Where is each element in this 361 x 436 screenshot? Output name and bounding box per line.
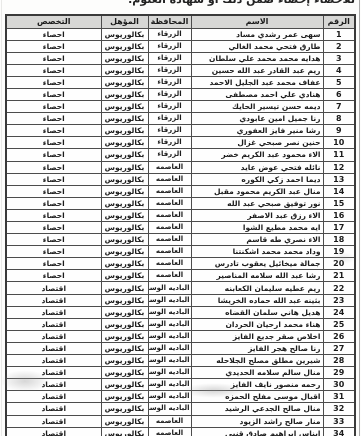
cell-specialty: اقتصاد [6,427,101,436]
cell-specialty: احصاء [6,173,101,185]
col-header-governorate: المحافظة [148,15,191,28]
clipped-heading-text: للاحصاء إحصاء ضمن ذلك أو شهادة العلوم. [128,0,355,6]
cell-governorate: الزرقاء [148,137,191,149]
cell-name: ريم عطيه سليمان الكعابنه [191,282,323,294]
cell-qualification: بكالوريوس [101,64,148,76]
cell-number: 28 [323,355,355,367]
cell-specialty: اقتصاد [6,367,101,379]
cell-name: رشا منير فايز العفوري [191,125,323,137]
cell-name: منال سالم سلامه الحديدي [191,367,323,379]
cell-name: بثينه عبد الله حماده الخريشا [191,294,323,306]
cell-qualification: بكالوريوس [101,330,148,342]
table-row: 26اخلاص صقر جديع الفايزالباديه الوسطىبكا… [6,330,355,342]
table-row: 10حنين نصر صبحي غزالالزرقاءبكالوريوساحصا… [6,137,355,149]
cell-specialty: اقتصاد [6,306,101,318]
cell-governorate: العاصمه [148,234,191,246]
cell-number: 24 [323,306,355,318]
table-row: 32منال صالح الجدعي الرشيدالباديه الوسطىب… [6,403,355,415]
table-row: 21رشا عبد الله سلامه المناصيرالعاصمهبكال… [6,270,355,282]
cell-qualification: بكالوريوس [101,28,148,40]
cell-number: 10 [323,137,355,149]
cell-governorate: الباديه الوسطى [148,318,191,330]
cell-governorate: الباديه الوسطى [148,294,191,306]
cell-specialty: احصاء [6,28,101,40]
cell-governorate: الزرقاء [148,40,191,52]
cell-qualification: بكالوريوس [101,306,148,318]
table-row: 22ريم عطيه سليمان الكعابنهالباديه الوسطى… [6,282,355,294]
cell-name: منال عبد الكريم محمود مقبل [191,185,323,197]
cell-governorate: العاصمه [148,222,191,234]
cell-qualification: بكالوريوس [101,197,148,209]
scan-edge-line [359,0,360,436]
cell-specialty: احصاء [6,222,101,234]
table-row: 1سهى عمر رشدي مسادالزرقاءبكالوريوساحصاء [6,28,355,40]
cell-qualification: بكالوريوس [101,355,148,367]
cell-name: ديمه حسن تيسير الحايك [191,101,323,113]
cell-governorate: الباديه الوسطى [148,306,191,318]
cell-name: هناء محمد ارحيان الحردان [191,318,323,330]
cell-number: 27 [323,342,355,354]
table-row: 25هناء محمد ارحيان الحردانالباديه الوسطى… [6,318,355,330]
cell-number: 7 [323,101,355,113]
cell-name: حنين نصر صبحي غزال [191,137,323,149]
cell-specialty: احصاء [6,209,101,221]
cell-qualification: بكالوريوس [101,52,148,64]
cell-number: 30 [323,379,355,391]
table-row: 7ديمه حسن تيسير الحايكالزرقاءبكالوريوساح… [6,101,355,113]
cell-qualification: بكالوريوس [101,222,148,234]
cell-name: رحمه منصور نايف الفايز [191,379,323,391]
table-row: 6هنادي علي احمد مصطفىالزرقاءبكالوريوساحص… [6,88,355,100]
cell-qualification: بكالوريوس [101,294,148,306]
cell-governorate: الزرقاء [148,101,191,113]
cell-governorate: الزرقاء [148,76,191,88]
table-row: 4ريم عبد القادر عبد الله حسينالزرقاءبكال… [6,64,355,76]
cell-name: ايه محمد مطيع الشوا [191,222,323,234]
cell-number: 25 [323,318,355,330]
cell-qualification: بكالوريوس [101,379,148,391]
col-header-name: الاسم [191,15,323,28]
cell-specialty: اقتصاد [6,379,101,391]
cell-number: 6 [323,88,355,100]
cell-specialty: احصاء [6,88,101,100]
cell-specialty: احصاء [6,125,101,137]
cell-specialty: احصاء [6,101,101,113]
cell-qualification: بكالوريوس [101,40,148,52]
cell-qualification: بكالوريوس [101,209,148,221]
cell-qualification: بكالوريوس [101,137,148,149]
cell-number: 19 [323,246,355,258]
cell-qualification: بكالوريوس [101,258,148,270]
cell-qualification: بكالوريوس [101,88,148,100]
cell-number: 2 [323,40,355,52]
cell-name: اخلاص صقر جديع الفايز [191,330,323,342]
table-row: 18الاء نصري طه قاسمالعاصمهبكالوريوساحصاء [6,234,355,246]
cell-governorate: الزرقاء [148,52,191,64]
cell-name: نائله فتحي عوض عايد [191,161,323,173]
cell-specialty: اقتصاد [6,415,101,427]
cell-number: 26 [323,330,355,342]
cell-number: 11 [323,149,355,161]
cell-qualification: بكالوريوس [101,161,148,173]
cell-specialty: اقتصاد [6,318,101,330]
cell-name: عفاف محمد عبد الجليل الاحمد [191,76,323,88]
cell-governorate: العاصمه [148,258,191,270]
cell-number: 31 [323,391,355,403]
cell-number: 8 [323,113,355,125]
cell-governorate: العاصمه [148,270,191,282]
cell-name: هدايه محمد محمد علي سلطان [191,52,323,64]
cell-specialty: احصاء [6,76,101,88]
cell-specialty: احصاء [6,197,101,209]
cell-name: الاء نصري طه قاسم [191,234,323,246]
table-row: 11الاء محمود عبد الكريم خضرالزرقاءبكالور… [6,149,355,161]
cell-specialty: اقتصاد [6,282,101,294]
cell-name: سهى عمر رشدي مساد [191,28,323,40]
cell-qualification: بكالوريوس [101,403,148,415]
cell-qualification: بكالوريوس [101,149,148,161]
cell-governorate: الزرقاء [148,88,191,100]
cell-specialty: احصاء [6,149,101,161]
table-header: الرقم الاسم المحافظة المؤهل التخصص [6,15,355,28]
cell-number: 22 [323,282,355,294]
cell-number: 13 [323,173,355,185]
cell-number: 16 [323,209,355,221]
cell-name: شيرين مطلق مصلح الجلاحله [191,355,323,367]
table-row: 34ايناس ابراهيم صادق قنبيالعاصمهبكالوريو… [6,427,355,436]
table-row: 28شيرين مطلق مصلح الجلاحلهالباديه الوسطى… [6,355,355,367]
cell-number: 14 [323,185,355,197]
table-row: 30رحمه منصور نايف الفايزالباديه الوسطىبك… [6,379,355,391]
col-header-specialty: التخصص [6,15,101,28]
cell-qualification: بكالوريوس [101,234,148,246]
cell-number: 3 [323,52,355,64]
cell-specialty: اقتصاد [6,355,101,367]
cell-number: 5 [323,76,355,88]
table-body: 1سهى عمر رشدي مسادالزرقاءبكالوريوساحصاء2… [6,28,355,436]
cell-governorate: الباديه الوسطى [148,282,191,294]
cell-qualification: بكالوريوس [101,101,148,113]
cell-number: 21 [323,270,355,282]
cell-qualification: بكالوريوس [101,282,148,294]
cell-specialty: احصاء [6,185,101,197]
col-header-qualification: المؤهل [101,15,148,28]
cell-governorate: العاصمه [148,197,191,209]
table-row: 2طارق فتحي محمد الغاليالزرقاءبكالوريوساح… [6,40,355,52]
cell-governorate: الباديه الوسطى [148,379,191,391]
table-row: 19وداد محمد محمد اشكنتناالعاصمهبكالوريوس… [6,246,355,258]
cell-governorate: الزرقاء [148,28,191,40]
cell-qualification: بكالوريوس [101,270,148,282]
cell-name: رشا عبد الله سلامه المناصير [191,270,323,282]
table-row: 29منال سالم سلامه الحديديالباديه الوسطىب… [6,367,355,379]
table-row: 9رشا منير فايز العفوريالزرقاءبكالوريوساح… [6,125,355,137]
applicants-table: الرقم الاسم المحافظة المؤهل التخصص 1سهى … [5,14,356,436]
cell-governorate: العاصمه [148,415,191,427]
cell-name: الاء رزق عبد الاصفر [191,209,323,221]
cell-name: ايناس ابراهيم صادق قنبي [191,427,323,436]
cell-name: الاء محمود عبد الكريم خضر [191,149,323,161]
table-row: 20جمالة ميخائيل يعقوب تادرسالعاصمهبكالور… [6,258,355,270]
cell-name: منال صالح الجدعي الرشيد [191,403,323,415]
cell-qualification: بكالوريوس [101,113,148,125]
cell-number: 17 [323,222,355,234]
table-row: 16الاء رزق عبد الاصفرالعاصمهبكالوريوساحص… [6,209,355,221]
cell-governorate: الباديه الوسطى [148,403,191,415]
cell-name: اقبال موسى مفلح الحمزه [191,391,323,403]
col-header-number: الرقم [323,15,355,28]
cell-governorate: العاصمه [148,161,191,173]
cell-name: ريم عبد القادر عبد الله حسين [191,64,323,76]
cell-specialty: اقتصاد [6,330,101,342]
cell-number: 34 [323,427,355,436]
cell-specialty: احصاء [6,161,101,173]
cell-name: هنادي علي احمد مصطفى [191,88,323,100]
cell-governorate: العاصمه [148,246,191,258]
table-row: 33منار صالح راشد الزيودالعاصمهبكالوريوسا… [6,415,355,427]
cell-specialty: احصاء [6,234,101,246]
cell-number: 1 [323,28,355,40]
cell-specialty: احصاء [6,64,101,76]
cell-specialty: اقتصاد [6,403,101,415]
cell-number: 9 [323,125,355,137]
table-row: 31اقبال موسى مفلح الحمزهالباديه الوسطىبك… [6,391,355,403]
cell-governorate: الزرقاء [148,125,191,137]
table-row: 5عفاف محمد عبد الجليل الاحمدالزرقاءبكالو… [6,76,355,88]
cell-name: رنا صالح هجر الفايز [191,342,323,354]
table-row: 8رنا جميل امين عابوديالزرقاءبكالوريوساحص… [6,113,355,125]
cell-name: رنا جميل امين عابودي [191,113,323,125]
cell-specialty: اقتصاد [6,391,101,403]
cell-name: منار صالح راشد الزيود [191,415,323,427]
cell-name: طارق فتحي محمد الغالي [191,40,323,52]
cell-qualification: بكالوريوس [101,76,148,88]
cell-qualification: بكالوريوس [101,367,148,379]
cell-number: 12 [323,161,355,173]
cell-specialty: احصاء [6,258,101,270]
cell-number: 32 [323,403,355,415]
cell-governorate: الزرقاء [148,149,191,161]
cell-number: 29 [323,367,355,379]
cell-number: 15 [323,197,355,209]
cell-qualification: بكالوريوس [101,415,148,427]
table-row: 12نائله فتحي عوض عايدالعاصمهبكالوريوساحص… [6,161,355,173]
table-row: 27رنا صالح هجر الفايزالباديه الوسطىبكالو… [6,342,355,354]
cell-governorate: الباديه الوسطى [148,391,191,403]
cell-specialty: احصاء [6,52,101,64]
cell-qualification: بكالوريوس [101,185,148,197]
cell-governorate: الباديه الوسطى [148,367,191,379]
cell-governorate: الزرقاء [148,113,191,125]
cell-name: جمالة ميخائيل يعقوب تادرس [191,258,323,270]
table-row: 24هديل هاني سلمان القضاهالباديه الوسطىبك… [6,306,355,318]
cell-governorate: العاصمه [148,185,191,197]
table-row: 13ديما احمد زكي الكورهالعاصمهبكالوريوساح… [6,173,355,185]
cell-qualification: بكالوريوس [101,173,148,185]
cell-specialty: احصاء [6,246,101,258]
cell-qualification: بكالوريوس [101,246,148,258]
table-row: 3هدايه محمد محمد علي سلطانالزرقاءبكالوري… [6,52,355,64]
cell-governorate: الزرقاء [148,64,191,76]
cell-qualification: بكالوريوس [101,427,148,436]
cell-number: 18 [323,234,355,246]
cell-name: هديل هاني سلمان القضاه [191,306,323,318]
cell-number: 33 [323,415,355,427]
cell-specialty: اقتصاد [6,342,101,354]
cell-qualification: بكالوريوس [101,391,148,403]
header-row: الرقم الاسم المحافظة المؤهل التخصص [6,15,355,28]
cell-specialty: احصاء [6,270,101,282]
table-row: 23بثينه عبد الله حماده الخريشاالباديه ال… [6,294,355,306]
cell-number: 20 [323,258,355,270]
cell-specialty: احصاء [6,137,101,149]
cell-qualification: بكالوريوس [101,125,148,137]
cell-governorate: العاصمه [148,427,191,436]
cell-name: وداد محمد محمد اشكنتنا [191,246,323,258]
cell-specialty: احصاء [6,113,101,125]
cell-specialty: اقتصاد [6,294,101,306]
scanned-document-page: للاحصاء إحصاء ضمن ذلك أو شهادة العلوم. ا… [0,0,361,436]
cell-number: 4 [323,64,355,76]
scan-edge-line-left [1,0,2,436]
cell-governorate: الباديه الوسطى [148,330,191,342]
cell-qualification: بكالوريوس [101,318,148,330]
table-row: 15نور توفيق صبحي عبد اللهالعاصمهبكالوريو… [6,197,355,209]
cell-number: 23 [323,294,355,306]
cell-governorate: العاصمه [148,173,191,185]
cell-name: ديما احمد زكي الكوره [191,173,323,185]
table-row: 14منال عبد الكريم محمود مقبلالعاصمهبكالو… [6,185,355,197]
cell-qualification: بكالوريوس [101,342,148,354]
cell-governorate: الباديه الوسطى [148,342,191,354]
cell-specialty: احصاء [6,40,101,52]
cell-name: نور توفيق صبحي عبد الله [191,197,323,209]
table-row: 17ايه محمد مطيع الشواالعاصمهبكالوريوساحص… [6,222,355,234]
cell-governorate: العاصمه [148,209,191,221]
cell-governorate: الباديه الوسطى [148,355,191,367]
